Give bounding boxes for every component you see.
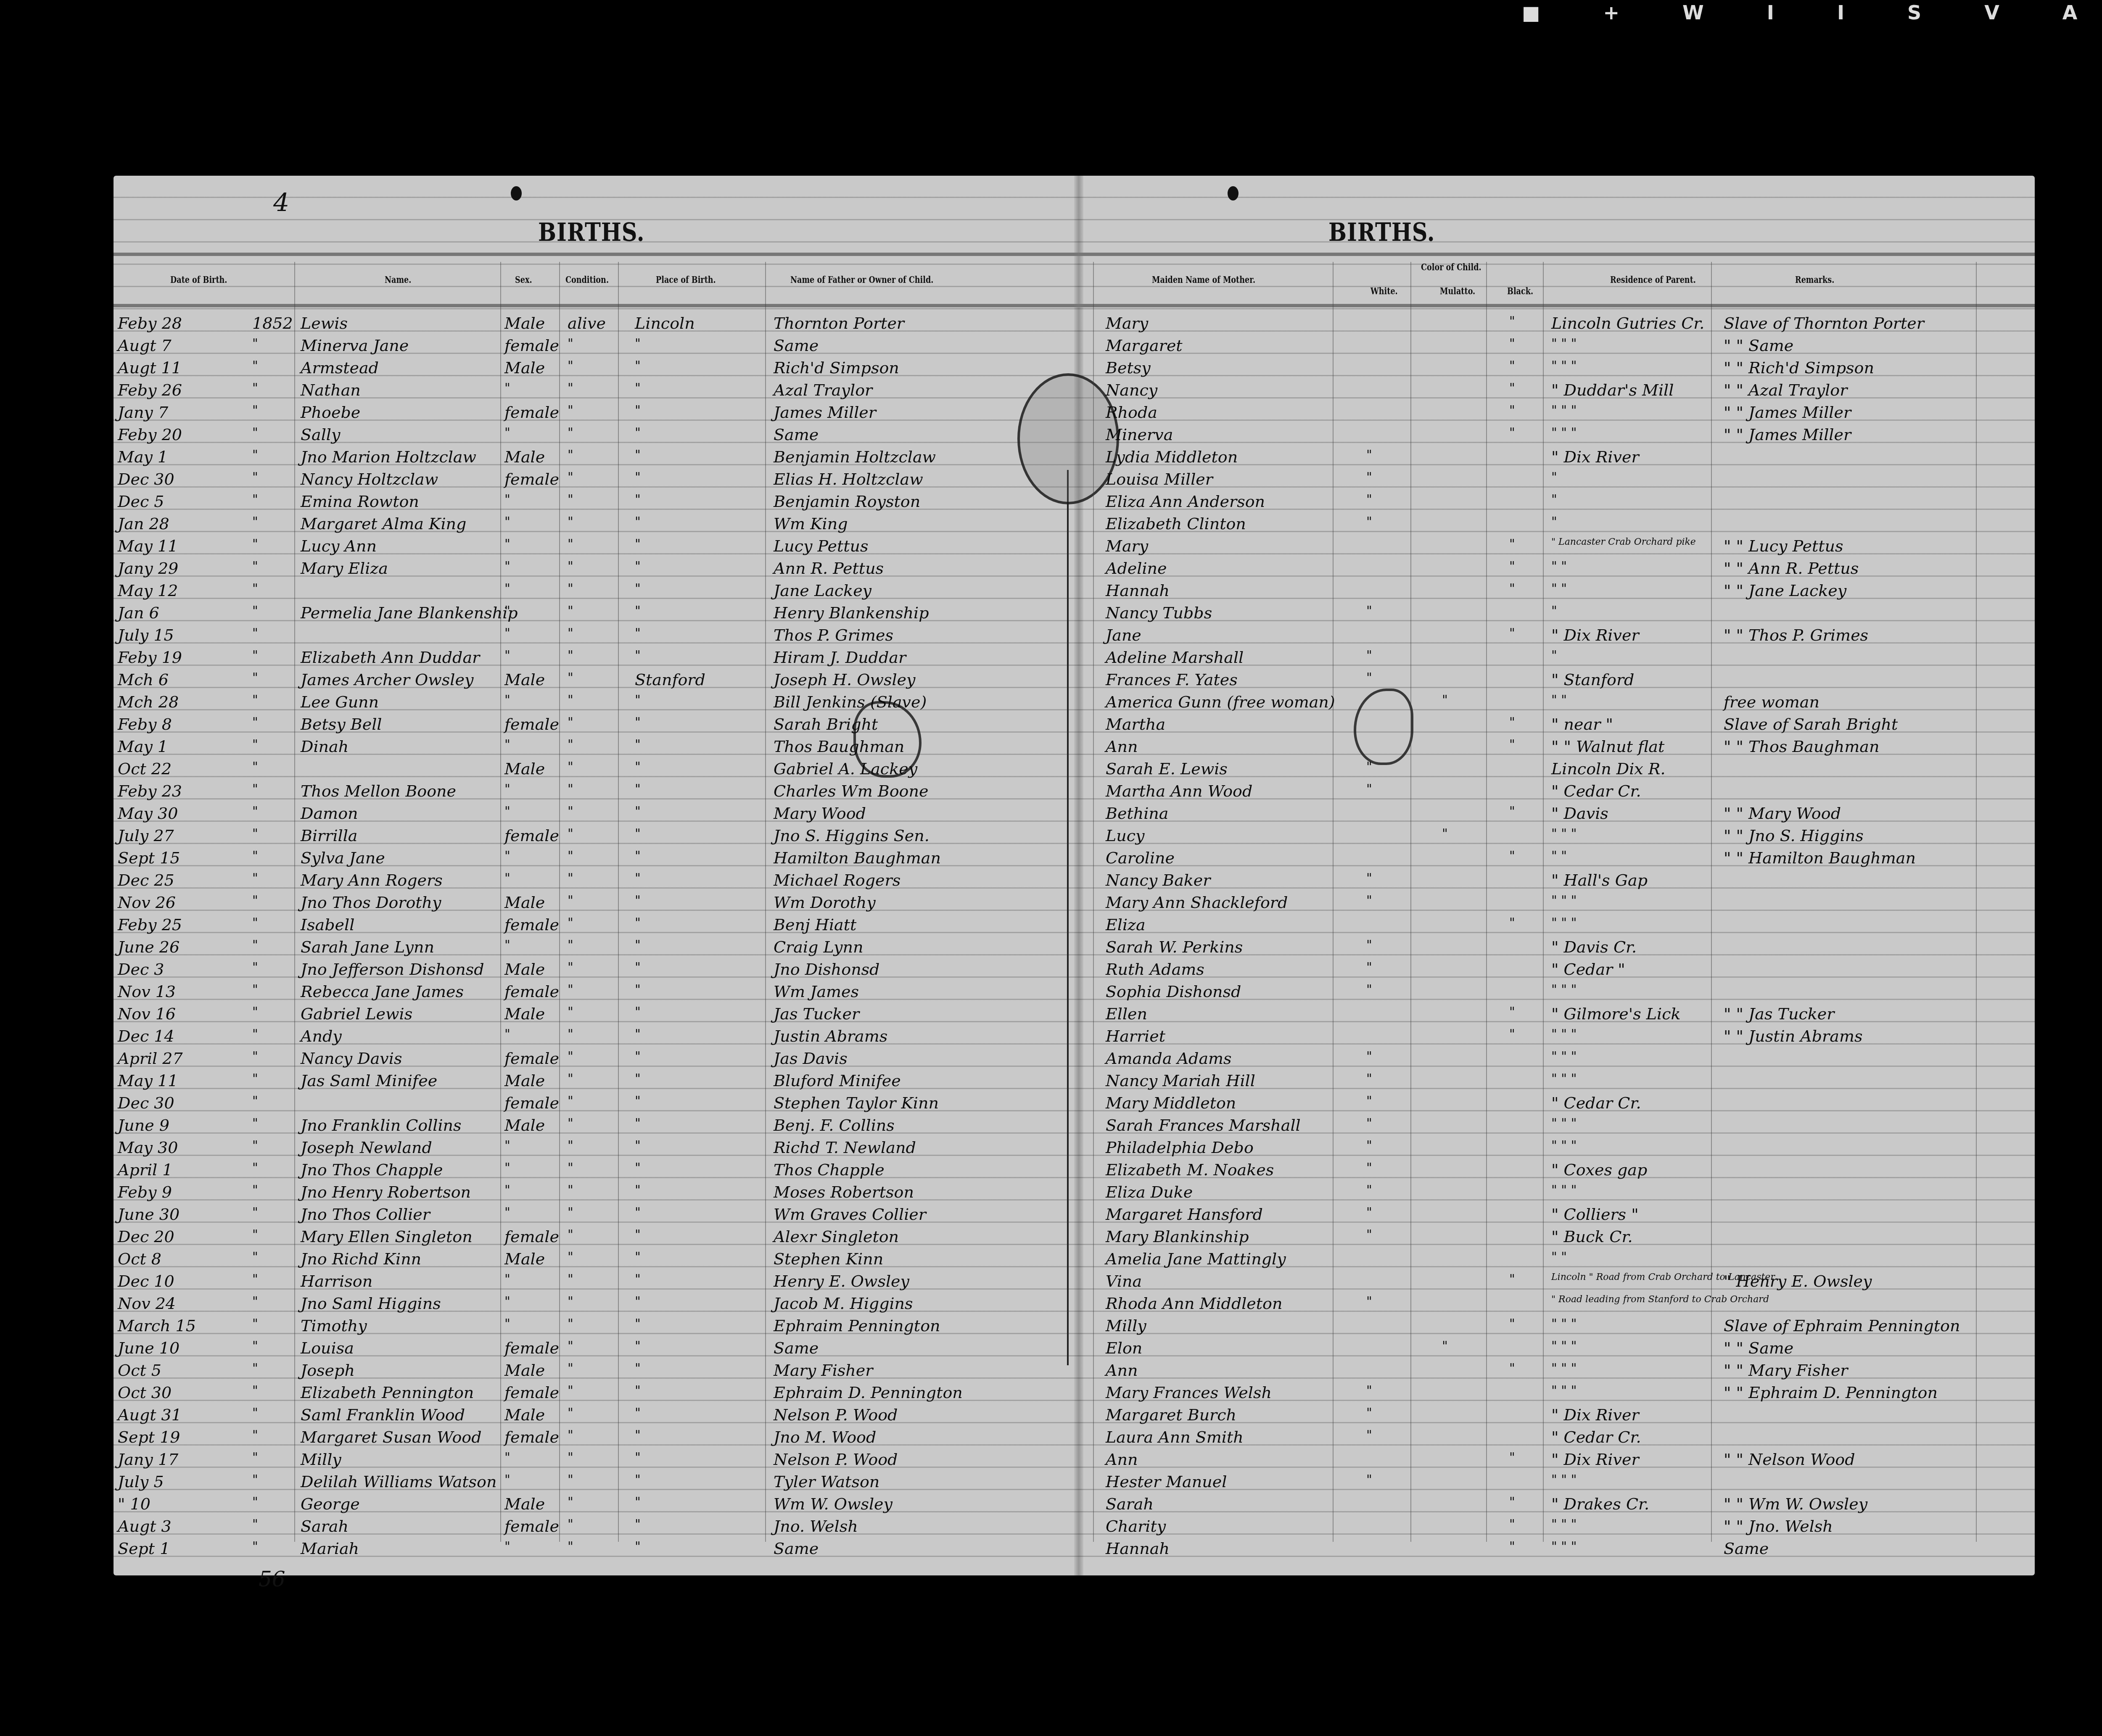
place-cell: Lincoln bbox=[635, 314, 695, 332]
year-cell: " bbox=[252, 1138, 258, 1153]
year-cell: " bbox=[252, 737, 258, 752]
mulatto-cell: " bbox=[1442, 826, 1448, 841]
date-cell: Feby 19 bbox=[118, 648, 182, 667]
father-cell: Jacob M. Higgins bbox=[774, 1294, 913, 1313]
register-row: March 15"Timothy"""Ephraim PenningtonMil… bbox=[114, 1315, 2035, 1337]
date-cell: April 1 bbox=[118, 1161, 173, 1179]
year-cell: " bbox=[252, 381, 258, 396]
mother-cell: Eliza Duke bbox=[1106, 1183, 1193, 1201]
place-cell: " bbox=[635, 1071, 641, 1086]
mother-cell: Harriet bbox=[1106, 1027, 1165, 1045]
sex-cell: " bbox=[504, 804, 510, 819]
film-mark: S bbox=[1907, 1, 1921, 24]
col-sex: Sex. bbox=[515, 274, 532, 285]
register-row: Nov 26"Jno Thos DorothyMale""Wm DorothyM… bbox=[114, 892, 2035, 914]
name-cell: Sarah Jane Lynn bbox=[301, 938, 434, 956]
residence-cell: " " " bbox=[1551, 425, 1576, 440]
place-cell: " bbox=[635, 982, 641, 997]
father-cell: Azal Traylor bbox=[774, 381, 872, 399]
col-condition: Condition. bbox=[565, 274, 609, 285]
residence-cell: " Stanford bbox=[1551, 670, 1634, 689]
sex-cell: " bbox=[504, 648, 510, 663]
film-mark: I bbox=[1767, 1, 1774, 24]
mother-cell: Nancy Baker bbox=[1106, 871, 1210, 889]
place-cell: " bbox=[635, 782, 641, 797]
remarks-cell: " " Nelson Wood bbox=[1724, 1450, 1855, 1469]
register-row: Feby 281852LewisMalealiveLincolnThornton… bbox=[114, 312, 2035, 335]
year-cell: " bbox=[252, 1272, 258, 1287]
black-cell: " bbox=[1509, 559, 1515, 574]
mother-cell: America Gunn (free woman) bbox=[1106, 693, 1335, 711]
residence-cell: " Cedar Cr. bbox=[1551, 782, 1641, 800]
residence-cell: " Coxes gap bbox=[1551, 1161, 1647, 1179]
date-cell: Mch 6 bbox=[118, 670, 169, 689]
father-cell: Wm W. Owsley bbox=[774, 1495, 893, 1513]
father-cell: Same bbox=[774, 425, 819, 444]
residence-cell: " Dix River bbox=[1551, 1450, 1639, 1469]
name-cell: Isabell bbox=[301, 915, 354, 934]
mulatto-cell: " bbox=[1442, 693, 1448, 707]
date-cell: July 5 bbox=[118, 1472, 164, 1491]
place-cell: " bbox=[635, 760, 641, 774]
year-cell: " bbox=[252, 1383, 258, 1398]
mother-cell: Frances F. Yates bbox=[1106, 670, 1238, 689]
condition-cell: " bbox=[568, 1094, 573, 1108]
condition-cell: " bbox=[568, 492, 573, 507]
residence-cell: " " " bbox=[1551, 336, 1576, 351]
name-cell: Joseph Newland bbox=[301, 1138, 432, 1157]
year-cell: 1852 bbox=[252, 314, 293, 332]
father-cell: Wm Dorothy bbox=[774, 893, 876, 912]
white-cell: " bbox=[1366, 448, 1372, 462]
name-cell: Lewis bbox=[301, 314, 348, 332]
date-cell: Dec 14 bbox=[118, 1027, 174, 1045]
father-cell: Benj Hiatt bbox=[774, 915, 856, 934]
sex-cell: " bbox=[504, 1294, 510, 1309]
date-cell: Augt 11 bbox=[118, 359, 182, 377]
year-cell: " bbox=[252, 1294, 258, 1309]
date-cell: Dec 10 bbox=[118, 1272, 174, 1290]
year-cell: " bbox=[252, 626, 258, 641]
condition-cell: alive bbox=[568, 314, 606, 332]
name-cell: Delilah Williams Watson bbox=[301, 1472, 496, 1491]
mother-cell: Betsy bbox=[1106, 359, 1151, 377]
father-cell: Benjamin Holtzclaw bbox=[774, 448, 936, 466]
date-cell: Jany 29 bbox=[118, 559, 178, 578]
residence-cell: " Davis Cr. bbox=[1551, 938, 1637, 956]
condition-cell: " bbox=[568, 1517, 573, 1532]
father-cell: Jno M. Wood bbox=[774, 1428, 876, 1446]
place-cell: " bbox=[635, 1005, 641, 1019]
place-cell: " bbox=[635, 425, 641, 440]
name-cell: Jno Saml Higgins bbox=[301, 1294, 441, 1313]
white-cell: " bbox=[1366, 1116, 1372, 1131]
name-cell: Timothy bbox=[301, 1317, 367, 1335]
father-cell: Sarah Bright bbox=[774, 715, 878, 733]
place-cell: " bbox=[635, 1027, 641, 1042]
year-cell: " bbox=[252, 1049, 258, 1064]
date-cell: Sept 19 bbox=[118, 1428, 180, 1446]
name-cell: Jno Henry Robertson bbox=[301, 1183, 471, 1201]
register-row: May 30"Damon"""Mary WoodBethina"" Davis"… bbox=[114, 802, 2035, 825]
year-cell: " bbox=[252, 1495, 258, 1509]
place-cell: " bbox=[635, 581, 641, 596]
residence-cell: " Cedar Cr. bbox=[1551, 1428, 1641, 1446]
register-row: May 12""""Jane LackeyHannah"" "" " Jane … bbox=[114, 580, 2035, 602]
header-rule-top bbox=[114, 253, 2035, 256]
register-row: Feby 19"Elizabeth Ann Duddar"""Hiram J. … bbox=[114, 646, 2035, 669]
remarks-cell: " " Same bbox=[1724, 336, 1793, 355]
remarks-cell: " " Wm W. Owsley bbox=[1724, 1495, 1867, 1513]
register-row: May 30"Joseph Newland"""Richd T. Newland… bbox=[114, 1137, 2035, 1159]
register-row: June 30"Jno Thos Collier"""Wm Graves Col… bbox=[114, 1203, 2035, 1226]
sex-cell: " bbox=[504, 938, 510, 952]
father-cell: Henry Blankenship bbox=[774, 604, 929, 622]
white-cell: " bbox=[1366, 871, 1372, 886]
date-cell: Dec 30 bbox=[118, 470, 174, 488]
residence-cell: " " " bbox=[1551, 1317, 1576, 1331]
condition-cell: " bbox=[568, 403, 573, 418]
white-cell: " bbox=[1366, 1071, 1372, 1086]
place-cell: " bbox=[635, 1539, 641, 1554]
remarks-cell: free woman bbox=[1724, 693, 1819, 711]
year-cell: " bbox=[252, 1339, 258, 1353]
residence-cell: Lincoln Dix R. bbox=[1551, 760, 1666, 778]
black-cell: " bbox=[1509, 537, 1515, 551]
film-mark: I bbox=[1837, 1, 1844, 24]
year-cell: " bbox=[252, 448, 258, 462]
register-row: Oct 8"Jno Richd KinnMale""Stephen KinnAm… bbox=[114, 1248, 2035, 1270]
father-cell: Craig Lynn bbox=[774, 938, 863, 956]
remarks-cell: " " Hamilton Baughman bbox=[1724, 849, 1916, 867]
sex-cell: " bbox=[504, 1472, 510, 1487]
remarks-cell: " " Mary Wood bbox=[1724, 804, 1841, 823]
place-cell: " bbox=[635, 804, 641, 819]
condition-cell: " bbox=[568, 737, 573, 752]
father-cell: Stephen Kinn bbox=[774, 1250, 883, 1268]
date-cell: Oct 5 bbox=[118, 1361, 161, 1380]
register-row: Jan 6"Permelia Jane Blankenship"""Henry … bbox=[114, 602, 2035, 624]
residence-cell: " " " bbox=[1551, 403, 1576, 418]
name-cell: Dinah bbox=[301, 737, 349, 756]
year-cell: " bbox=[252, 425, 258, 440]
register-row: " 10"GeorgeMale""Wm W. OwsleySarah"" Dra… bbox=[114, 1493, 2035, 1515]
binding-hole bbox=[1228, 186, 1238, 201]
remarks-cell: " " Same bbox=[1724, 1339, 1793, 1357]
register-row: April 1"Jno Thos Chapple"""Thos ChappleE… bbox=[114, 1159, 2035, 1181]
black-cell: " bbox=[1509, 1317, 1515, 1331]
father-cell: Thos Chapple bbox=[774, 1161, 885, 1179]
register-row: July 5"Delilah Williams Watson"""Tyler W… bbox=[114, 1471, 2035, 1493]
residence-cell: " Duddar's Mill bbox=[1551, 381, 1674, 399]
mother-cell: Ann bbox=[1106, 737, 1138, 756]
register-row: Dec 30"female""Stephen Taylor KinnMary M… bbox=[114, 1092, 2035, 1114]
mother-cell: Adeline Marshall bbox=[1106, 648, 1244, 667]
mother-cell: Charity bbox=[1106, 1517, 1166, 1535]
white-cell: " bbox=[1366, 514, 1372, 529]
mother-cell: Bethina bbox=[1106, 804, 1168, 823]
residence-cell: " Gilmore's Lick bbox=[1551, 1005, 1681, 1023]
register-row: Feby 9"Jno Henry Robertson"""Moses Rober… bbox=[114, 1181, 2035, 1203]
father-cell: Justin Abrams bbox=[774, 1027, 887, 1045]
residence-cell: " " " bbox=[1551, 1116, 1576, 1131]
mother-cell: Amelia Jane Mattingly bbox=[1106, 1250, 1286, 1268]
register-row: Oct 30"Elizabeth Penningtonfemale""Ephra… bbox=[114, 1382, 2035, 1404]
register-row: Sept 19"Margaret Susan Woodfemale""Jno M… bbox=[114, 1426, 2035, 1448]
residence-cell: " " " bbox=[1551, 1138, 1576, 1153]
name-cell: Nancy Holtzclaw bbox=[301, 470, 438, 488]
residence-cell: " " " bbox=[1551, 915, 1576, 930]
register-row: July 15""""Thos P. GrimesJane"" Dix Rive… bbox=[114, 624, 2035, 646]
year-cell: " bbox=[252, 1517, 258, 1532]
residence-cell: " " " bbox=[1551, 1049, 1576, 1064]
col-black: Black. bbox=[1507, 286, 1533, 297]
name-cell: Birrilla bbox=[301, 826, 358, 845]
name-cell: Betsy Bell bbox=[301, 715, 382, 733]
white-cell: " bbox=[1366, 470, 1372, 485]
sex-cell: Male bbox=[504, 960, 545, 979]
col-place: Place of Birth. bbox=[656, 274, 716, 285]
name-cell: Elizabeth Ann Duddar bbox=[301, 648, 480, 667]
date-cell: June 30 bbox=[118, 1205, 180, 1224]
name-cell: Jas Saml Minifee bbox=[301, 1071, 437, 1090]
sex-cell: female bbox=[504, 982, 559, 1001]
col-residence: Residence of Parent. bbox=[1610, 274, 1696, 285]
footer-number: 56 bbox=[259, 1567, 285, 1591]
residence-cell: " " " bbox=[1551, 893, 1576, 908]
father-cell: Benjamin Royston bbox=[774, 492, 920, 511]
condition-cell: " bbox=[568, 982, 573, 997]
residence-cell: Lincoln Gutries Cr. bbox=[1551, 314, 1704, 332]
residence-cell: " " " bbox=[1551, 1539, 1576, 1554]
date-cell: April 27 bbox=[118, 1049, 183, 1068]
year-cell: " bbox=[252, 960, 258, 975]
year-cell: " bbox=[252, 1361, 258, 1376]
date-cell: March 15 bbox=[118, 1317, 196, 1335]
black-cell: " bbox=[1509, 1272, 1515, 1287]
date-cell: " 10 bbox=[118, 1495, 151, 1513]
sex-cell: " bbox=[504, 381, 510, 396]
date-cell: Augt 3 bbox=[118, 1517, 172, 1535]
residence-cell: " Dix River bbox=[1551, 626, 1639, 644]
condition-cell: " bbox=[568, 871, 573, 886]
mother-cell: Rhoda Ann Middleton bbox=[1106, 1294, 1282, 1313]
register-row: May 11"Lucy Ann"""Lucy PettusMary"" Lanc… bbox=[114, 535, 2035, 557]
condition-cell: " bbox=[568, 359, 573, 373]
register-row: Nov 24"Jno Saml Higgins"""Jacob M. Higgi… bbox=[114, 1293, 2035, 1315]
register-row: May 1"Dinah"""Thos BaughmanAnn"" " Walnu… bbox=[114, 736, 2035, 758]
black-cell: " bbox=[1509, 1027, 1515, 1042]
sex-cell: " bbox=[504, 1161, 510, 1175]
col-mother: Maiden Name of Mother. bbox=[1152, 274, 1255, 285]
sex-cell: female bbox=[504, 826, 559, 845]
register-row: Feby 8"Betsy Bellfemale""Sarah BrightMar… bbox=[114, 713, 2035, 736]
sex-cell: Male bbox=[504, 359, 545, 377]
place-cell: " bbox=[635, 1317, 641, 1331]
year-cell: " bbox=[252, 1161, 258, 1175]
place-cell: " bbox=[635, 514, 641, 529]
year-cell: " bbox=[252, 893, 258, 908]
col-name: Name. bbox=[385, 274, 411, 285]
father-cell: Bill Jenkins (Slave) bbox=[774, 693, 927, 711]
father-cell: Same bbox=[774, 1339, 819, 1357]
register-row: Jany 7"Phoebefemale""James MillerRhoda""… bbox=[114, 401, 2035, 424]
place-cell: " bbox=[635, 893, 641, 908]
name-cell: Saml Franklin Wood bbox=[301, 1406, 465, 1424]
father-cell: Mary Wood bbox=[774, 804, 866, 823]
mother-cell: Margaret Hansford bbox=[1106, 1205, 1263, 1224]
remarks-cell: " " Rich'd Simpson bbox=[1724, 359, 1874, 377]
mother-cell: Sarah Frances Marshall bbox=[1106, 1116, 1301, 1134]
mother-cell: Margaret bbox=[1106, 336, 1183, 355]
father-cell: Hamilton Baughman bbox=[774, 849, 941, 867]
date-cell: Oct 30 bbox=[118, 1383, 172, 1402]
father-cell: Hiram J. Duddar bbox=[774, 648, 906, 667]
condition-cell: " bbox=[568, 1250, 573, 1264]
sex-cell: " bbox=[504, 1205, 510, 1220]
condition-cell: " bbox=[568, 1227, 573, 1242]
remarks-cell: " " Jno S. Higgins bbox=[1724, 826, 1864, 845]
mulatto-cell: " bbox=[1442, 1339, 1448, 1353]
white-cell: " bbox=[1366, 1094, 1372, 1108]
father-cell: Michael Rogers bbox=[774, 871, 900, 889]
sex-cell: Male bbox=[504, 1495, 545, 1513]
year-cell: " bbox=[252, 693, 258, 707]
sex-cell: Male bbox=[504, 1250, 545, 1268]
year-cell: " bbox=[252, 1317, 258, 1331]
year-cell: " bbox=[252, 915, 258, 930]
mother-cell: Ruth Adams bbox=[1106, 960, 1204, 979]
sex-cell: " bbox=[504, 1272, 510, 1287]
date-cell: June 26 bbox=[118, 938, 180, 956]
condition-cell: " bbox=[568, 559, 573, 574]
name-cell: Joseph bbox=[301, 1361, 355, 1380]
register-row: Dec 20"Mary Ellen Singletonfemale""Alexr… bbox=[114, 1226, 2035, 1248]
black-cell: " bbox=[1509, 1005, 1515, 1019]
mother-cell: Rhoda bbox=[1106, 403, 1157, 422]
film-mark: V bbox=[1984, 1, 1999, 24]
year-cell: " bbox=[252, 1027, 258, 1042]
place-cell: " bbox=[635, 1272, 641, 1287]
mother-cell: Nancy bbox=[1106, 381, 1157, 399]
date-cell: Feby 28 bbox=[118, 314, 182, 332]
residence-cell: " " " bbox=[1551, 1071, 1576, 1086]
year-cell: " bbox=[252, 1205, 258, 1220]
remarks-cell: Same bbox=[1724, 1539, 1769, 1558]
black-cell: " bbox=[1509, 403, 1515, 418]
name-cell: Gabriel Lewis bbox=[301, 1005, 412, 1023]
remarks-cell: " " Ephraim D. Pennington bbox=[1724, 1383, 1938, 1402]
place-cell: " bbox=[635, 1472, 641, 1487]
year-cell: " bbox=[252, 1450, 258, 1465]
condition-cell: " bbox=[568, 1539, 573, 1554]
year-cell: " bbox=[252, 938, 258, 952]
sex-cell: female bbox=[504, 1094, 559, 1112]
name-cell: Milly bbox=[301, 1450, 341, 1469]
date-cell: Dec 20 bbox=[118, 1227, 174, 1246]
film-mark: ■ bbox=[1522, 1, 1540, 24]
condition-cell: " bbox=[568, 648, 573, 663]
year-cell: " bbox=[252, 336, 258, 351]
condition-cell: " bbox=[568, 782, 573, 797]
register-row: Feby 20"Sally"""SameMinerva"" " "" " Jam… bbox=[114, 424, 2035, 446]
white-cell: " bbox=[1366, 670, 1372, 685]
black-cell: " bbox=[1509, 1361, 1515, 1376]
father-cell: Thornton Porter bbox=[774, 314, 904, 332]
black-cell: " bbox=[1509, 1539, 1515, 1554]
place-cell: " bbox=[635, 448, 641, 462]
register-row: Feby 23"Thos Mellon Boone"""Charles Wm B… bbox=[114, 780, 2035, 802]
name-cell: Sylva Jane bbox=[301, 849, 385, 867]
black-cell: " bbox=[1509, 381, 1515, 396]
condition-cell: " bbox=[568, 381, 573, 396]
mother-cell: Lydia Middleton bbox=[1106, 448, 1238, 466]
residence-cell: " near " bbox=[1551, 715, 1613, 733]
sex-cell: Male bbox=[504, 760, 545, 778]
place-cell: " bbox=[635, 403, 641, 418]
place-cell: " bbox=[635, 1138, 641, 1153]
place-cell: " bbox=[635, 1250, 641, 1264]
sex-cell: Male bbox=[504, 448, 545, 466]
mother-cell: Elizabeth Clinton bbox=[1106, 514, 1246, 533]
condition-cell: " bbox=[568, 336, 573, 351]
register-row: Augt 7"Minerva Janefemale""SameMargaret"… bbox=[114, 335, 2035, 357]
father-cell: Henry E. Owsley bbox=[774, 1272, 909, 1290]
residence-cell: " " " bbox=[1551, 1339, 1576, 1353]
black-cell: " bbox=[1509, 626, 1515, 641]
mother-cell: Nancy Tubbs bbox=[1106, 604, 1212, 622]
date-cell: Jan 28 bbox=[118, 514, 169, 533]
name-cell: Jno Jefferson Dishonsd bbox=[301, 960, 484, 979]
father-cell: Wm Graves Collier bbox=[774, 1205, 926, 1224]
sex-cell: female bbox=[504, 470, 559, 488]
father-cell: Wm King bbox=[774, 514, 848, 533]
residence-cell: " " " bbox=[1551, 982, 1576, 997]
condition-cell: " bbox=[568, 849, 573, 863]
residence-cell: " " " bbox=[1551, 1383, 1576, 1398]
name-cell: Emina Rowton bbox=[301, 492, 419, 511]
name-cell: Mary Ann Rogers bbox=[301, 871, 443, 889]
register-row: Feby 25"Isabellfemale""Benj HiattEliza""… bbox=[114, 914, 2035, 936]
father-cell: Gabriel A. Lackey bbox=[774, 760, 917, 778]
film-mark: W bbox=[1682, 1, 1704, 24]
place-cell: " bbox=[635, 626, 641, 641]
place-cell: " bbox=[635, 960, 641, 975]
date-cell: Dec 5 bbox=[118, 492, 164, 511]
date-cell: Sept 15 bbox=[118, 849, 180, 867]
sex-cell: " bbox=[504, 1138, 510, 1153]
place-cell: " bbox=[635, 826, 641, 841]
name-cell: Phoebe bbox=[301, 403, 360, 422]
father-cell: Jas Davis bbox=[774, 1049, 848, 1068]
year-cell: " bbox=[252, 492, 258, 507]
mother-cell: Ellen bbox=[1106, 1005, 1147, 1023]
register-row: Feby 26"Nathan"""Azal TraylorNancy"" Dud… bbox=[114, 379, 2035, 401]
date-cell: Feby 25 bbox=[118, 915, 182, 934]
year-cell: " bbox=[252, 849, 258, 863]
sex-cell: " bbox=[504, 693, 510, 707]
father-cell: Lucy Pettus bbox=[774, 537, 868, 555]
col-remarks: Remarks. bbox=[1795, 274, 1834, 285]
sex-cell: " bbox=[504, 559, 510, 574]
mother-cell: Caroline bbox=[1106, 849, 1175, 867]
white-cell: " bbox=[1366, 760, 1372, 774]
mother-cell: Ann bbox=[1106, 1450, 1138, 1469]
register-row: Dec 5"Emina Rowton"""Benjamin RoystonEli… bbox=[114, 491, 2035, 513]
register-row: April 27"Nancy Davisfemale""Jas DavisAma… bbox=[114, 1047, 2035, 1070]
father-cell: Charles Wm Boone bbox=[774, 782, 928, 800]
date-cell: May 30 bbox=[118, 804, 178, 823]
